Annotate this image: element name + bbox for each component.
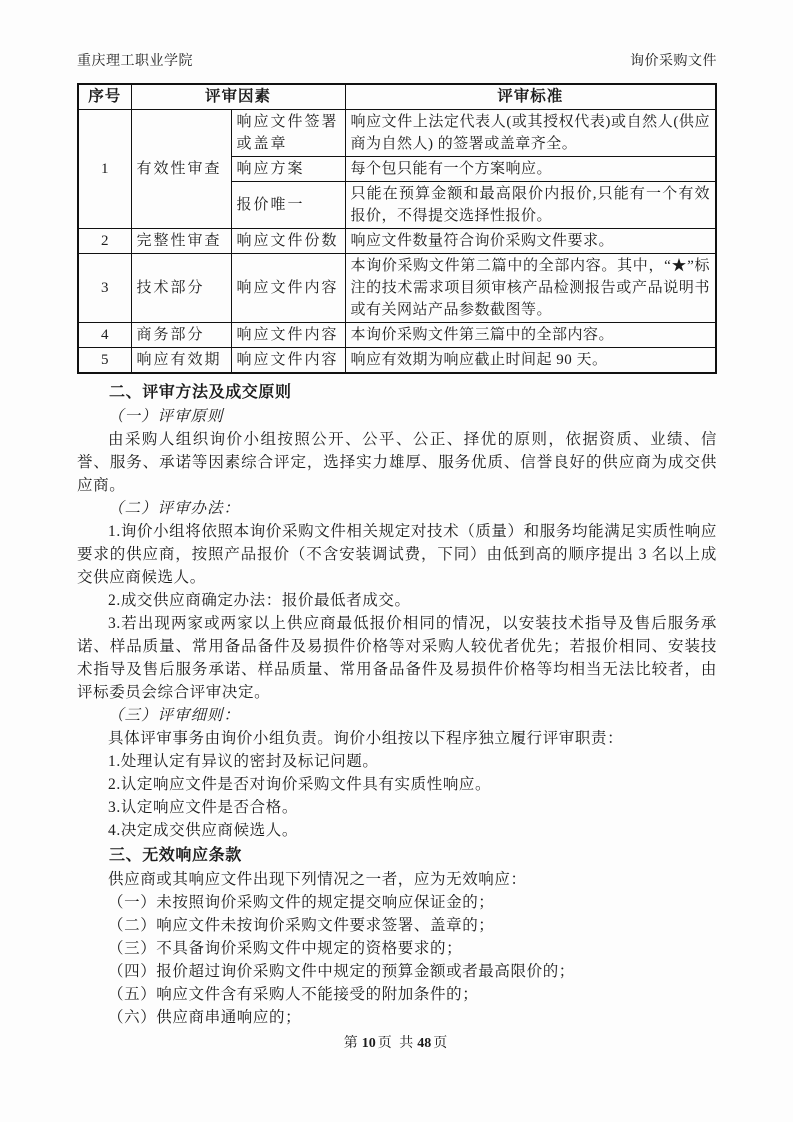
cell-factor: 有效性审查	[131, 110, 231, 229]
cell-factor: 商务部分	[131, 323, 231, 348]
paragraph: （三）不具备询价采购文件中规定的资格要求的；	[77, 937, 717, 960]
subsection-title-1: （一）评审原则	[77, 405, 717, 428]
section-heading-3: 三、无效响应条款	[77, 844, 717, 867]
col-header-seq: 序号	[78, 84, 131, 110]
cell-seq: 4	[78, 323, 131, 348]
paragraph: （一）未按照询价采购文件的规定提交响应保证金的；	[77, 891, 717, 914]
cell-seq: 3	[78, 254, 131, 323]
cell-factor: 技术部分	[131, 254, 231, 323]
paragraph: 供应商或其响应文件出现下列情况之一者，应为无效响应：	[77, 868, 717, 891]
col-header-standard: 评审标准	[345, 84, 716, 110]
paragraph: 2.成交供应商确定办法：报价最低者成交。	[77, 589, 717, 612]
cell-seq: 1	[78, 110, 131, 229]
cell-item: 响应文件内容	[231, 323, 345, 348]
paragraph: （六）供应商串通响应的；	[77, 1006, 717, 1029]
subsection-title-3: （三）评审细则：	[77, 704, 717, 727]
col-header-factor: 评审因素	[131, 84, 345, 110]
cell-seq: 2	[78, 229, 131, 254]
cell-item: 报价唯一	[231, 182, 345, 229]
paragraph: （四）报价超过询价采购文件中规定的预算金额或者最高限价的；	[77, 960, 717, 983]
cell-standard: 本询价采购文件第三篇中的全部内容。	[345, 323, 716, 348]
current-page-number: 10	[360, 1036, 378, 1051]
paragraph: 3.认定响应文件是否合格。	[77, 796, 717, 819]
paragraph: 具体评审事务由询价小组负责。询价小组按以下程序独立履行评审职责：	[77, 727, 717, 750]
document-page: 重庆理工职业学院 询价采购文件 序号 评审因素 评审标准 1 有效性审查 响应文…	[0, 0, 793, 1122]
table-row: 1 有效性审查 响应文件签署或盖章 响应文件上法定代表人(或其授权代表)或自然人…	[78, 110, 716, 157]
cell-item: 响应文件内容	[231, 254, 345, 323]
cell-item: 响应文件份数	[231, 229, 345, 254]
table-row: 3 技术部分 响应文件内容 本询价采购文件第二篇中的全部内容。其中，“★”标注的…	[78, 254, 716, 323]
page-number-footer: 第10页 共48页	[0, 1032, 793, 1052]
paragraph: 2.认定响应文件是否对询价采购文件具有实质性响应。	[77, 773, 717, 796]
review-criteria-table: 序号 评审因素 评审标准 1 有效性审查 响应文件签署或盖章 响应文件上法定代表…	[77, 83, 717, 374]
paragraph: 1.询价小组将依照本询价采购文件相关规定对技术（质量）和服务均能满足实质性响应要…	[77, 520, 717, 589]
body-sections: 二、评审方法及成交原则 （一）评审原则 由采购人组织询价小组按照公开、公平、公正…	[77, 381, 717, 1029]
table-header-row: 序号 评审因素 评审标准	[78, 84, 716, 110]
cell-factor: 响应有效期	[131, 348, 231, 374]
cell-item: 响应方案	[231, 157, 345, 182]
cell-standard: 只能在预算金额和最高限价内报价,只能有一个有效报价，不得提交选择性报价。	[345, 182, 716, 229]
subsection-title-2: （二）评审办法：	[77, 497, 717, 520]
table-row: 2 完整性审查 响应文件份数 响应文件数量符合询价采购文件要求。	[78, 229, 716, 254]
cell-factor: 完整性审查	[131, 229, 231, 254]
cell-standard: 响应文件数量符合询价采购文件要求。	[345, 229, 716, 254]
paragraph: 由采购人组织询价小组按照公开、公平、公正、择优的原则，依据资质、业绩、信誉、服务…	[77, 428, 717, 497]
page-content: 重庆理工职业学院 询价采购文件 序号 评审因素 评审标准 1 有效性审查 响应文…	[77, 52, 717, 1029]
table-row: 5 响应有效期 响应文件内容 响应有效期为响应截止时间起 90 天。	[78, 348, 716, 374]
cell-standard: 本询价采购文件第二篇中的全部内容。其中，“★”标注的技术需求项目须审核产品检测报…	[345, 254, 716, 323]
paragraph: 3.若出现两家或两家以上供应商最低报价相同的情况，以安装技术指导及售后服务承诺、…	[77, 612, 717, 704]
table-row: 4 商务部分 响应文件内容 本询价采购文件第三篇中的全部内容。	[78, 323, 716, 348]
running-header: 重庆理工职业学院 询价采购文件	[77, 52, 717, 72]
cell-standard: 响应文件上法定代表人(或其授权代表)或自然人(供应商为自然人) 的签署或盖章齐全…	[345, 110, 716, 157]
paragraph: 1.处理认定有异议的密封及标记问题。	[77, 750, 717, 773]
cell-item: 响应文件签署或盖章	[231, 110, 345, 157]
cell-item: 响应文件内容	[231, 348, 345, 374]
paragraph: 4.决定成交供应商候选人。	[77, 819, 717, 842]
header-right-doc-type: 询价采购文件	[630, 52, 717, 72]
paragraph: （五）响应文件含有采购人不能接受的附加条件的；	[77, 983, 717, 1006]
cell-seq: 5	[78, 348, 131, 374]
total-page-number: 48	[415, 1036, 433, 1051]
footer-label: 页	[433, 1036, 449, 1051]
footer-label: 第	[344, 1036, 360, 1051]
footer-label: 页 共	[378, 1036, 416, 1051]
section-heading-2: 二、评审方法及成交原则	[77, 381, 717, 404]
cell-standard: 每个包只能有一个方案响应。	[345, 157, 716, 182]
paragraph: （二）响应文件未按询价采购文件要求签署、盖章的；	[77, 914, 717, 937]
cell-standard: 响应有效期为响应截止时间起 90 天。	[345, 348, 716, 374]
header-left-org: 重庆理工职业学院	[77, 52, 193, 72]
